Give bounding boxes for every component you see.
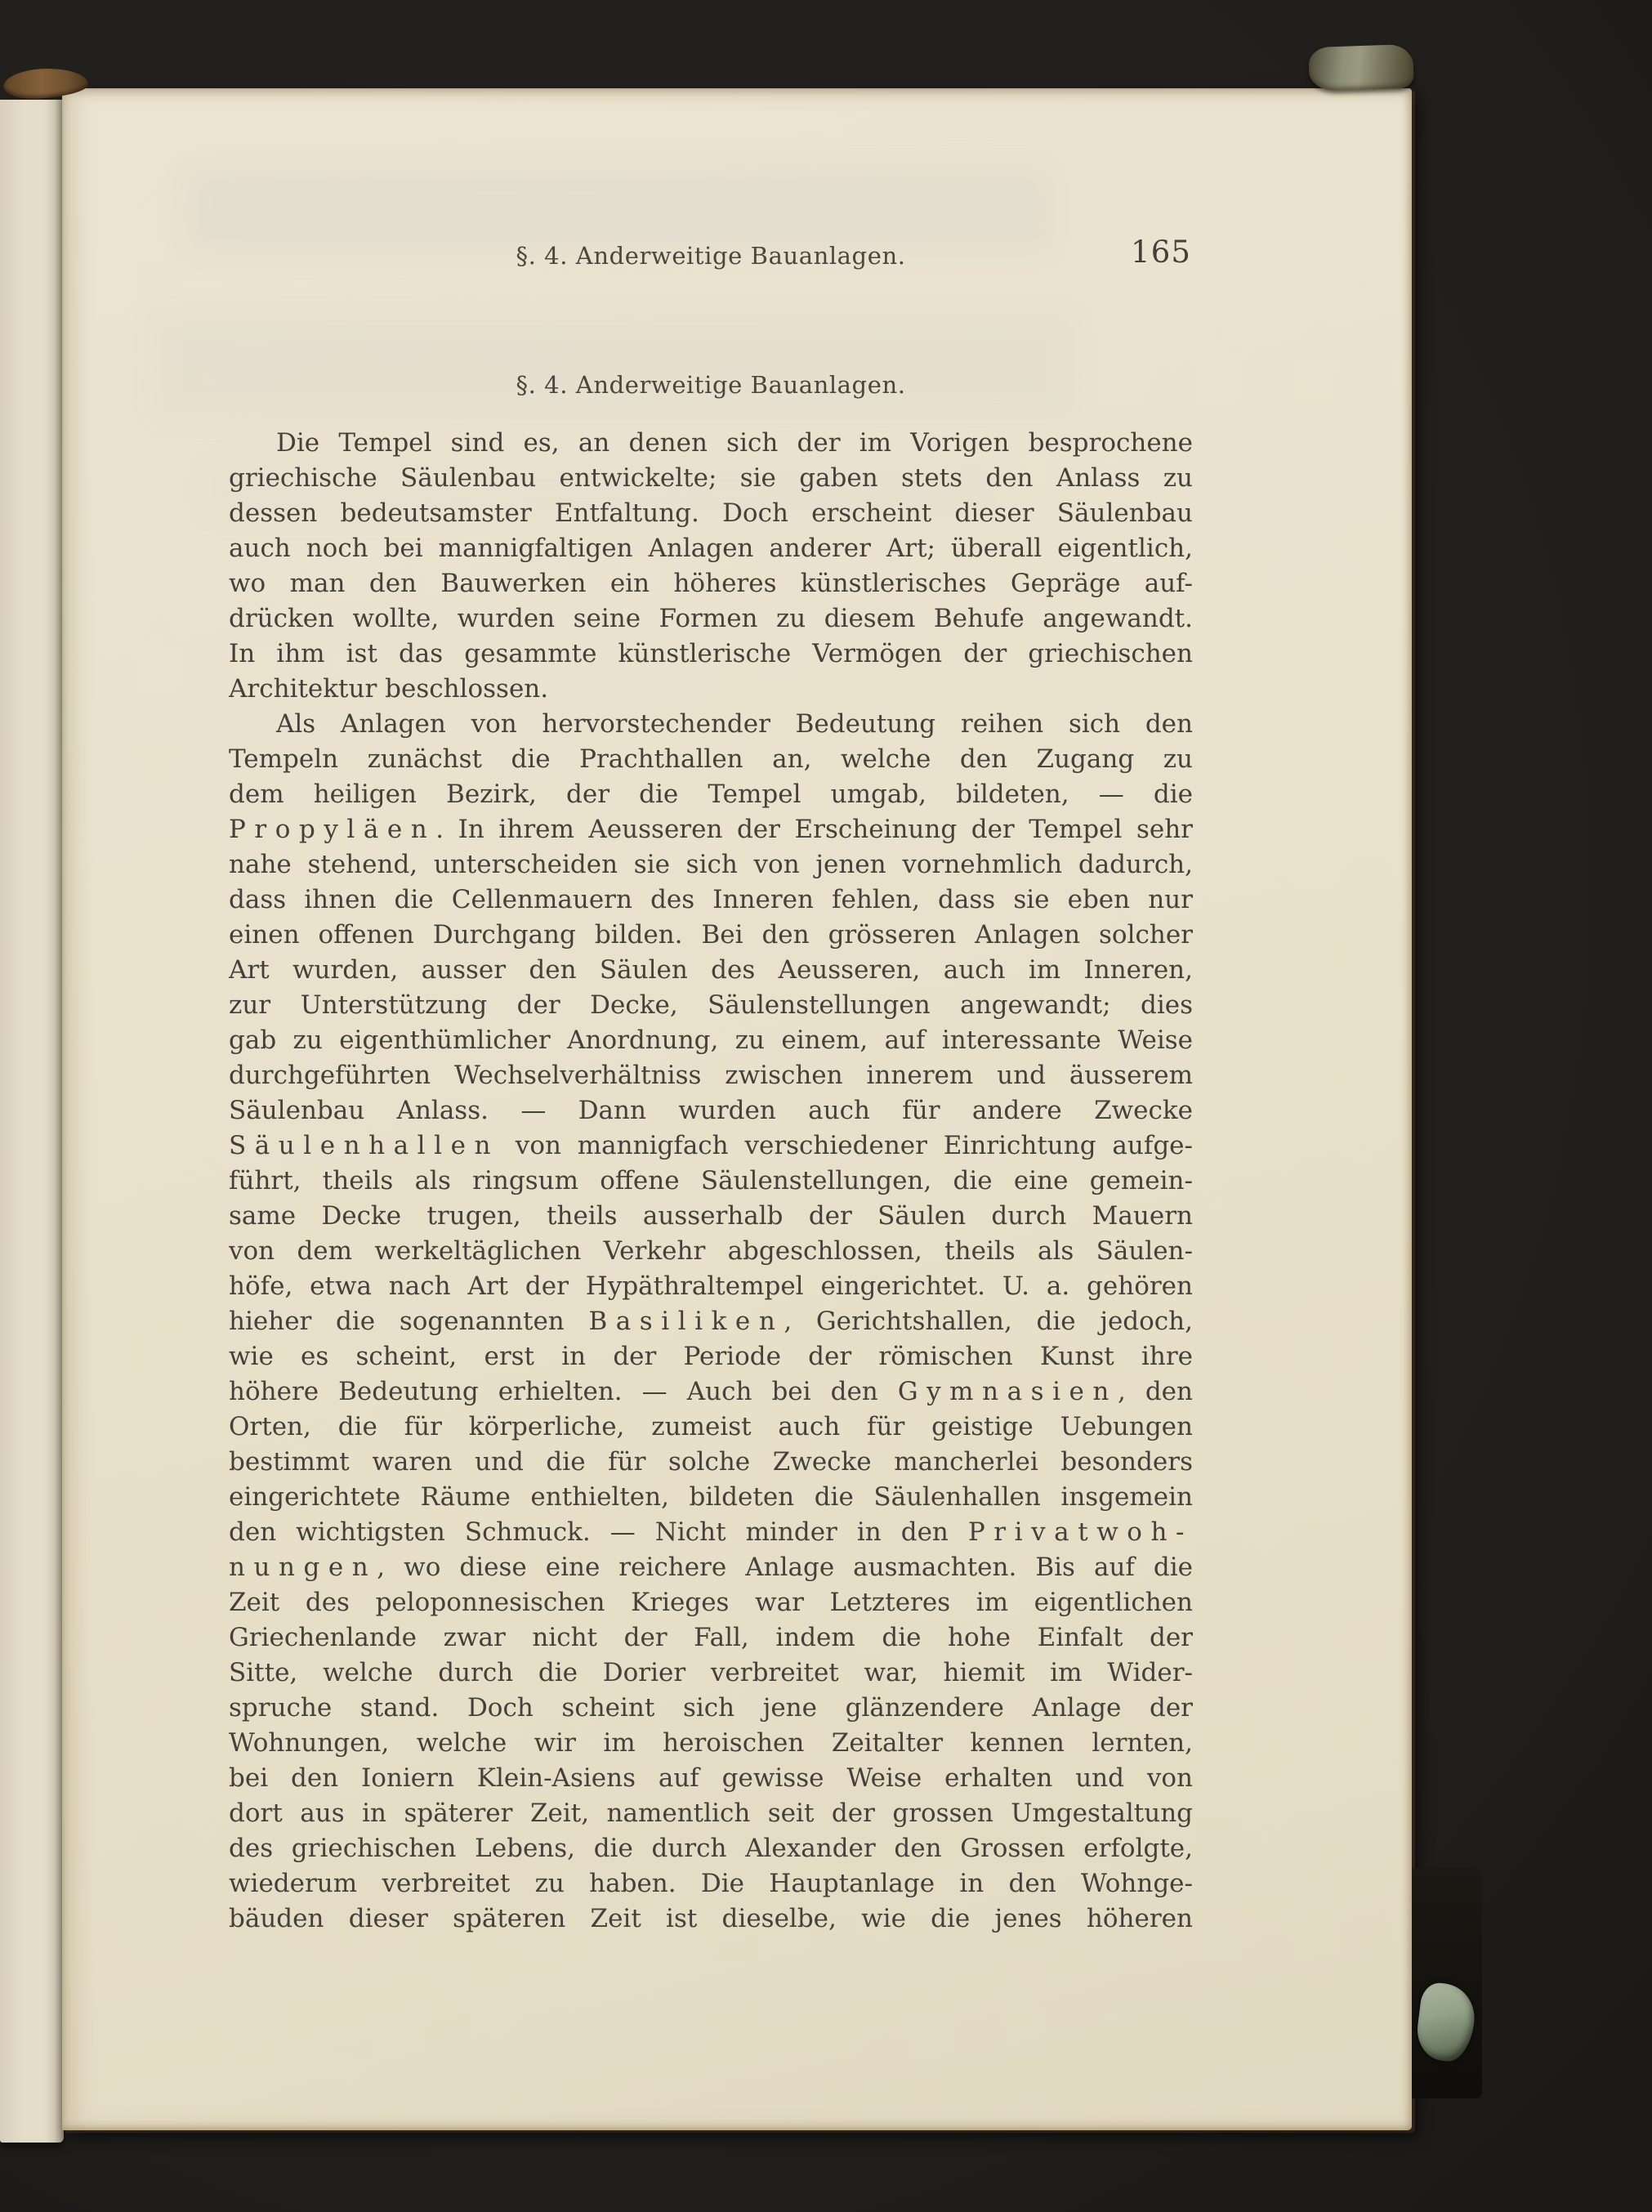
text-segment: zur Unterstützung der Decke, Säulenstell…: [229, 990, 1193, 1020]
text-line: gab zu eigenthümlicher Anordnung, zu ein…: [229, 1023, 1193, 1058]
text-line: dort aus in späterer Zeit, namentlich se…: [229, 1796, 1193, 1831]
text-line: höhere Bedeutung erhielten. — Auch bei d…: [229, 1374, 1193, 1410]
previous-page-edge: [0, 100, 64, 2143]
text-line: höfe, etwa nach Art der Hypäthraltempel …: [229, 1269, 1193, 1304]
text-segment: dass ihnen die Cellenmauern des Inneren …: [229, 885, 1193, 914]
text-segment: gab zu eigenthümlicher Anordnung, zu ein…: [229, 1026, 1193, 1055]
text-line: durchgeführten Wechselverhältniss zwisch…: [229, 1058, 1193, 1093]
text-segment: wie es scheint, erst in der Periode der …: [229, 1342, 1193, 1371]
running-head: §. 4. Anderweitige Bauanlagen.: [229, 236, 1193, 275]
text-segment: von dem werkeltäglichen Verkehr abgeschl…: [229, 1236, 1193, 1266]
letterspaced-word: Basiliken: [588, 1307, 784, 1336]
worn-corner-top-right: [1308, 44, 1414, 92]
text-segment: spruche stand. Doch scheint sich jene gl…: [229, 1693, 1193, 1723]
text-line: einen offenen Durchgang bilden. Bei den …: [229, 918, 1193, 953]
letterspaced-word: Gymnasien: [898, 1377, 1118, 1406]
text-line: In ihm ist das gesammte künstlerische Ve…: [229, 637, 1193, 672]
text-line: hieher die sogenannten Basiliken, Gerich…: [229, 1304, 1193, 1339]
text-line: Art wurden, ausser den Säulen des Aeusse…: [229, 953, 1193, 988]
text-segment: Tempeln zunächst die Prachthallen an, we…: [229, 744, 1193, 774]
text-line: Orten, die für körperliche, zumeist auch…: [229, 1410, 1193, 1445]
section-heading: §. 4. Anderweitige Bauanlagen.: [229, 365, 1193, 404]
text-line: Säulenbau Anlass. — Dann wurden auch für…: [229, 1093, 1193, 1128]
text-line: wo man den Bauwerken ein höheres künstle…: [229, 566, 1193, 601]
text-line: führt, theils als ringsum offene Säulens…: [229, 1164, 1193, 1199]
text-segment: Griechenlande zwar nicht der Fall, indem…: [229, 1623, 1193, 1652]
text-segment: , den: [1118, 1377, 1193, 1406]
text-segment: Art wurden, ausser den Säulen des Aeusse…: [229, 955, 1193, 985]
text-line: eingerichtete Räume enthielten, bildeten…: [229, 1480, 1193, 1515]
body-text: Die Tempel sind es, an denen sich der im…: [229, 426, 1193, 1937]
text-line: wiederum verbreitet zu haben. Die Haupta…: [229, 1866, 1193, 1901]
text-line: Griechenlande zwar nicht der Fall, indem…: [229, 1620, 1193, 1656]
letterspaced-word: Propyläen: [229, 815, 435, 844]
text-line: Wohnungen, welche wir im heroischen Zeit…: [229, 1726, 1193, 1761]
text-segment: führt, theils als ringsum offene Säulens…: [229, 1166, 1193, 1195]
text-segment: same Decke trugen, theils ausserhalb der…: [229, 1201, 1193, 1231]
text-line: bäuden dieser späteren Zeit ist dieselbe…: [229, 1901, 1193, 1937]
text-segment: von mannigfach verschiedener Einrichtung…: [499, 1131, 1193, 1160]
text-segment: eingerichtete Räume enthielten, bildeten…: [229, 1482, 1193, 1512]
text-segment: Wohnungen, welche wir im heroischen Zeit…: [229, 1728, 1193, 1758]
text-segment: Die Tempel sind es, an denen sich der im…: [276, 428, 1193, 458]
text-segment: nahe stehend, unterscheiden sie sich von…: [229, 850, 1193, 879]
book-page: §. 4. Anderweitige Bauanlagen. 165 §. 4.…: [62, 88, 1412, 2130]
text-segment: hieher die sogenannten: [229, 1307, 588, 1336]
text-segment: griechische Säulenbau entwickelte; sie g…: [229, 463, 1193, 493]
text-line: dass ihnen die Cellenmauern des Inneren …: [229, 883, 1193, 918]
text-segment: einen offenen Durchgang bilden. Bei den …: [229, 920, 1193, 950]
text-line: Säulenhallen von mannigfach verschiedene…: [229, 1128, 1193, 1164]
text-line: bei den Ioniern Klein-Asiens auf gewisse…: [229, 1761, 1193, 1796]
text-segment: Säulenbau Anlass. — Dann wurden auch für…: [229, 1096, 1193, 1125]
text-segment: In ihm ist das gesammte künstlerische Ve…: [229, 639, 1193, 668]
text-segment: des griechischen Lebens, die durch Alexa…: [229, 1834, 1193, 1863]
text-line: des griechischen Lebens, die durch Alexa…: [229, 1831, 1193, 1866]
text-line: Architektur beschlossen.: [229, 672, 1193, 707]
text-line: dessen bedeutsamster Entfaltung. Doch er…: [229, 496, 1193, 531]
text-segment: bäuden dieser späteren Zeit ist dieselbe…: [229, 1904, 1193, 1933]
text-line: Als Anlagen von hervorstechender Bedeutu…: [229, 707, 1193, 742]
letterspaced-word: Privatwoh-: [968, 1517, 1193, 1547]
text-line: Die Tempel sind es, an denen sich der im…: [229, 426, 1193, 461]
letterspaced-word: nungen: [229, 1553, 377, 1582]
text-segment: auch noch bei mannigfaltigen Anlagen and…: [229, 534, 1193, 563]
text-segment: Sitte, welche durch die Dorier verbreite…: [229, 1658, 1193, 1687]
text-segment: drücken wollte, wurden seine Formen zu d…: [229, 604, 1193, 633]
text-line: zur Unterstützung der Decke, Säulenstell…: [229, 988, 1193, 1023]
book-scan: §. 4. Anderweitige Bauanlagen. 165 §. 4.…: [0, 0, 1652, 2212]
text-line: Sitte, welche durch die Dorier verbreite…: [229, 1656, 1193, 1691]
text-segment: Als Anlagen von hervorstechender Bedeutu…: [276, 709, 1193, 739]
text-segment: Architektur beschlossen.: [229, 674, 548, 704]
text-segment: Zeit des peloponnesischen Krieges war Le…: [229, 1588, 1193, 1617]
text-segment: , Gerichtshallen, die jedoch,: [784, 1307, 1193, 1336]
text-line: Zeit des peloponnesischen Krieges war Le…: [229, 1585, 1193, 1620]
text-segment: durchgeführten Wechselverhältniss zwisch…: [229, 1061, 1193, 1090]
text-line: wie es scheint, erst in der Periode der …: [229, 1339, 1193, 1374]
text-segment: , wo diese eine reichere Anlage ausmacht…: [377, 1553, 1193, 1582]
text-line: von dem werkeltäglichen Verkehr abgeschl…: [229, 1234, 1193, 1269]
text-segment: dort aus in späterer Zeit, namentlich se…: [229, 1799, 1193, 1828]
letterspaced-word: Säulenhallen: [229, 1131, 499, 1160]
text-segment: wo man den Bauwerken ein höheres künstle…: [229, 569, 1193, 598]
text-segment: den wichtigsten Schmuck. — Nicht minder …: [229, 1517, 968, 1547]
text-segment: dessen bedeutsamster Entfaltung. Doch er…: [229, 498, 1193, 528]
text-segment: bestimmt waren und die für solche Zwecke…: [229, 1447, 1193, 1477]
text-line: griechische Säulenbau entwickelte; sie g…: [229, 461, 1193, 496]
text-line: same Decke trugen, theils ausserhalb der…: [229, 1199, 1193, 1234]
text-line: auch noch bei mannigfaltigen Anlagen and…: [229, 531, 1193, 566]
text-segment: höhere Bedeutung erhielten. — Auch bei d…: [229, 1377, 898, 1406]
text-line: Tempeln zunächst die Prachthallen an, we…: [229, 742, 1193, 777]
text-segment: Orten, die für körperliche, zumeist auch…: [229, 1412, 1193, 1441]
text-line: den wichtigsten Schmuck. — Nicht minder …: [229, 1515, 1193, 1550]
text-segment: dem heiligen Bezirk, der die Tempel umga…: [229, 780, 1193, 809]
page-header: §. 4. Anderweitige Bauanlagen. 165: [229, 236, 1193, 275]
text-line: dem heiligen Bezirk, der die Tempel umga…: [229, 777, 1193, 812]
text-segment: höfe, etwa nach Art der Hypäthraltempel …: [229, 1271, 1193, 1301]
text-line: drücken wollte, wurden seine Formen zu d…: [229, 601, 1193, 637]
text-segment: bei den Ioniern Klein-Asiens auf gewisse…: [229, 1763, 1193, 1793]
text-line: Propyläen. In ihrem Aeusseren der Ersche…: [229, 812, 1193, 847]
text-line: nungen, wo diese eine reichere Anlage au…: [229, 1550, 1193, 1585]
text-line: bestimmt waren und die für solche Zwecke…: [229, 1445, 1193, 1480]
text-line: nahe stehend, unterscheiden sie sich von…: [229, 847, 1193, 883]
page-number: 165: [1131, 233, 1191, 272]
text-segment: wiederum verbreitet zu haben. Die Haupta…: [229, 1869, 1193, 1898]
text-segment: . In ihrem Aeusseren der Erscheinung der…: [435, 815, 1193, 844]
text-line: spruche stand. Doch scheint sich jene gl…: [229, 1691, 1193, 1726]
